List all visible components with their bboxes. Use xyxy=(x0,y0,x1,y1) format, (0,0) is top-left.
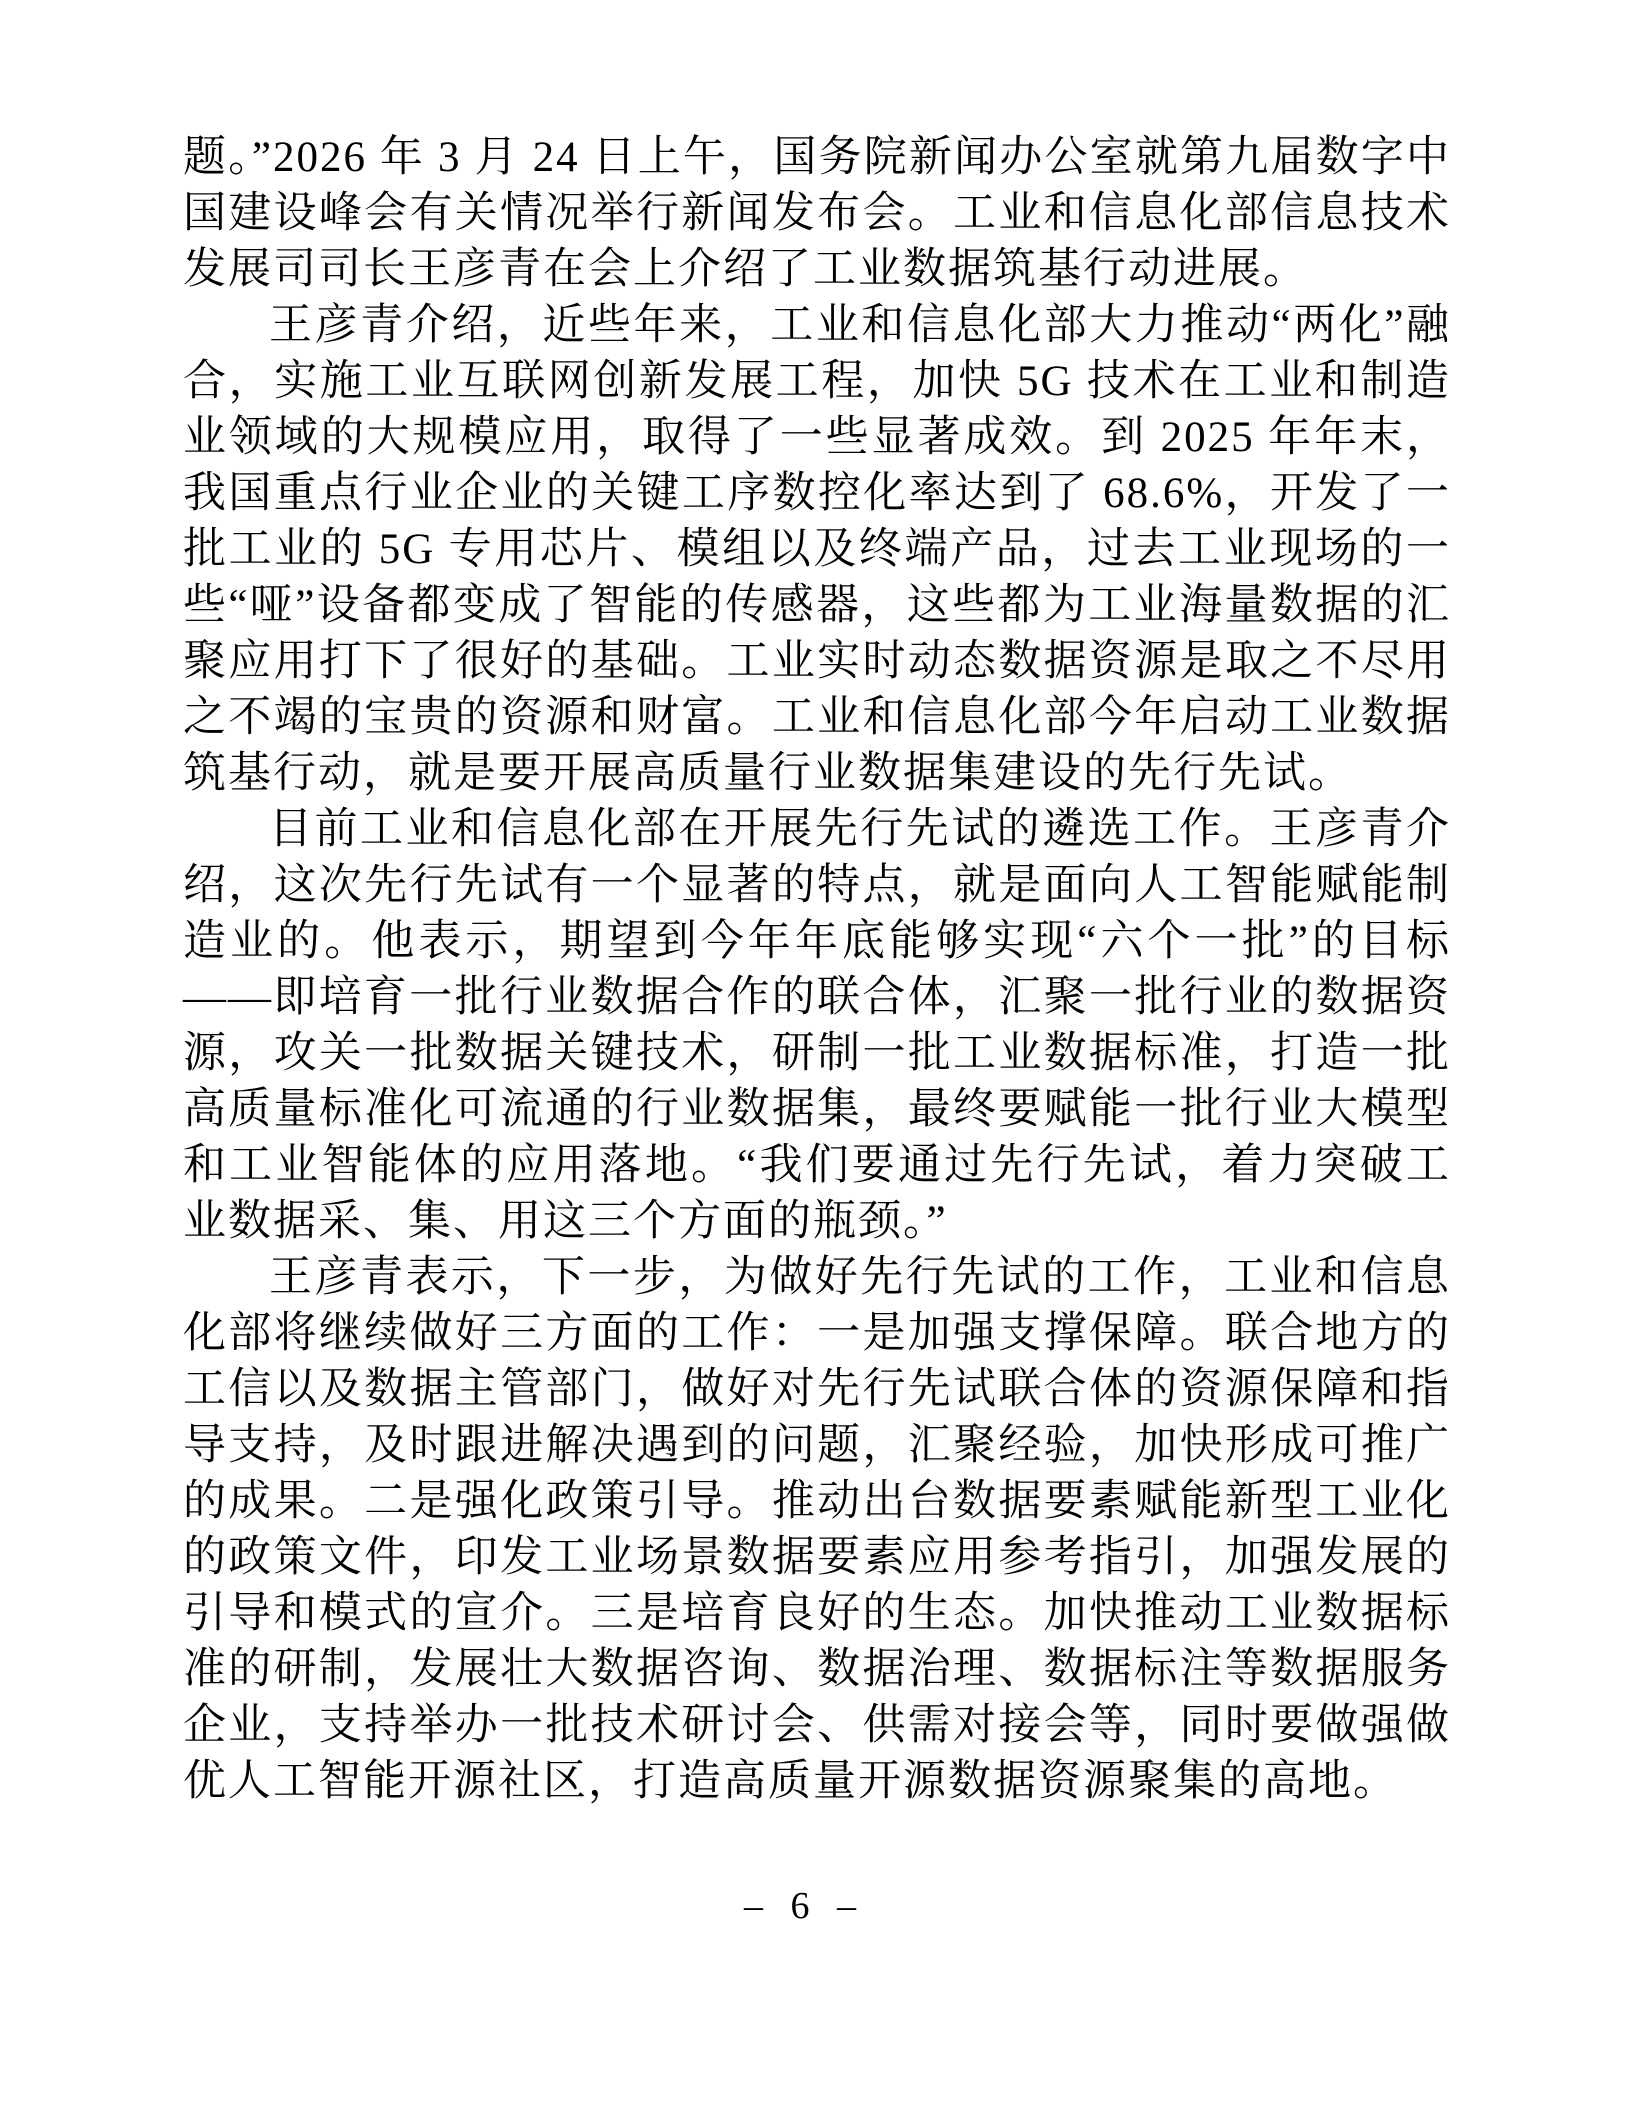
document-page: 题。”2026 年 3 月 24 日上午，国务院新闻办公室就第九届数字中国建设峰… xyxy=(0,0,1632,2112)
paragraph-two-integration-progress: 王彦青介绍，近些年来，工业和信息化部大力推动“两化”融合，实施工业互联网创新发展… xyxy=(183,298,1451,802)
document-body: 题。”2026 年 3 月 24 日上午，国务院新闻办公室就第九届数字中国建设峰… xyxy=(183,130,1451,1810)
page-number: – 6 – xyxy=(744,1885,856,1927)
paragraph-pilot-selection-goals: 目前工业和信息化部在开展先行先试的遴选工作。王彦青介绍，这次先行先试有一个显著的… xyxy=(183,802,1451,1250)
paragraph-continuation: 题。”2026 年 3 月 24 日上午，国务院新闻办公室就第九届数字中国建设峰… xyxy=(183,130,1451,298)
paragraph-next-steps: 王彦青表示，下一步，为做好先行先试的工作，工业和信息化部将继续做好三方面的工作：… xyxy=(183,1250,1451,1810)
page-footer: – 6 – xyxy=(0,1882,1600,1930)
